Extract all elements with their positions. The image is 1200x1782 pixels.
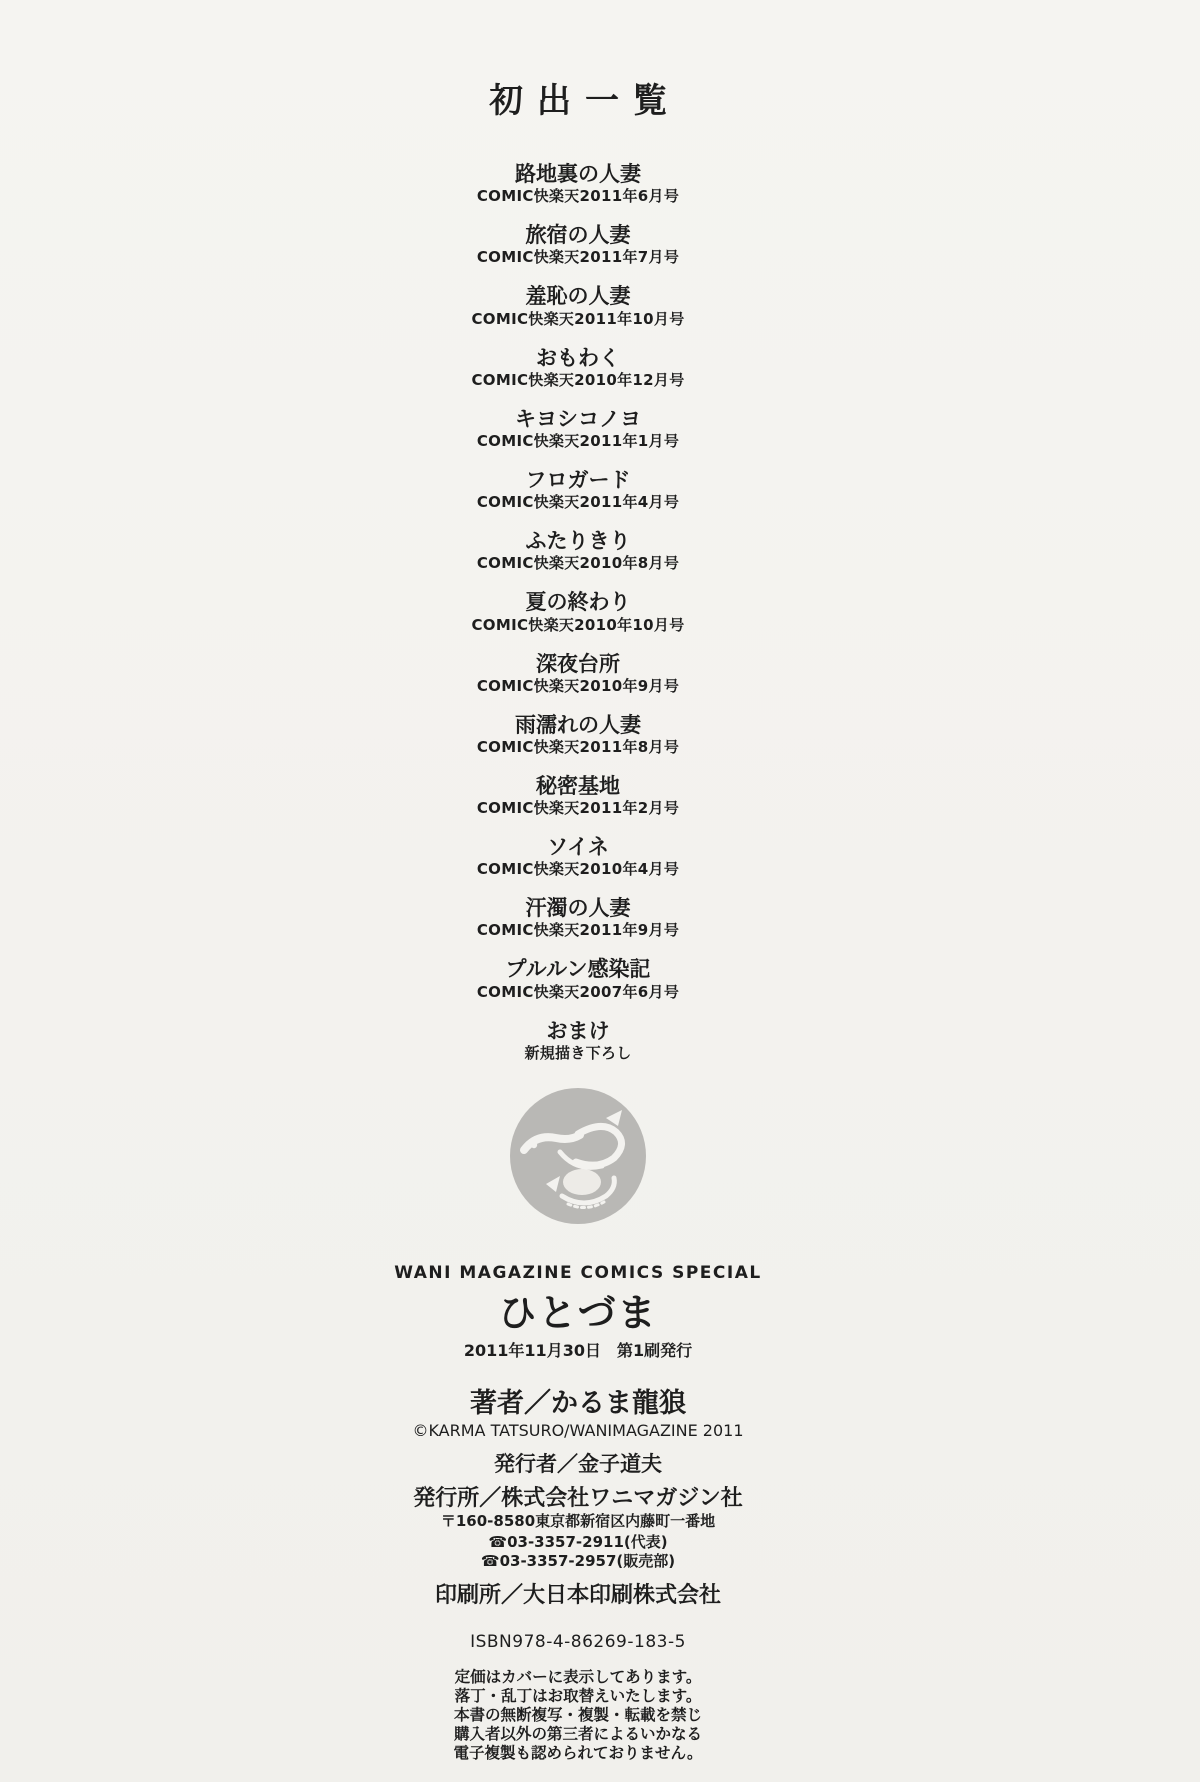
entry-source: COMIC快楽天2010年8月号 <box>0 554 1156 572</box>
list-item: 夏の終わり COMIC快楽天2010年10月号 <box>0 590 1156 633</box>
list-item: おもわく COMIC快楽天2010年12月号 <box>0 346 1156 389</box>
entry-source: COMIC快楽天2011年1月号 <box>0 432 1156 450</box>
entry-title: キヨシコノヨ <box>0 407 1156 432</box>
crocodile-logo-icon <box>510 1088 646 1224</box>
publisher-address: 〒160-8580東京都新宿区内藤町一番地 <box>0 1512 1156 1532</box>
entry-title: 旅宿の人妻 <box>0 223 1156 248</box>
list-item: おまけ 新規描き下ろし <box>0 1019 1156 1062</box>
entry-title: 汗濁の人妻 <box>0 896 1156 921</box>
phone-main: ☎03-3357-2911(代表) <box>0 1534 1156 1551</box>
notice-line: 定価はカバーに表示してあります。 <box>0 1668 1156 1687</box>
entry-title: おまけ <box>0 1019 1156 1044</box>
entry-source: COMIC快楽天2011年6月号 <box>0 187 1156 205</box>
entry-title: フロガード <box>0 468 1156 493</box>
entry-title: 深夜台所 <box>0 652 1156 677</box>
list-item: 雨濡れの人妻 COMIC快楽天2011年8月号 <box>0 713 1156 756</box>
entry-title: おもわく <box>0 346 1156 371</box>
notice-line: 本書の無断複写・複製・転載を禁じ <box>0 1706 1156 1725</box>
entry-title: ソイネ <box>0 835 1156 860</box>
isbn: ISBN978-4-86269-183-5 <box>0 1632 1156 1652</box>
entry-source: COMIC快楽天2011年4月号 <box>0 493 1156 511</box>
print-date: 2011年11月30日 第1刷発行 <box>0 1341 1156 1360</box>
list-item: ふたりきり COMIC快楽天2010年8月号 <box>0 529 1156 572</box>
list-item: 旅宿の人妻 COMIC快楽天2011年7月号 <box>0 223 1156 266</box>
printer-line: 印刷所／大日本印刷株式会社 <box>0 1582 1156 1610</box>
entry-source: COMIC快楽天2011年9月号 <box>0 921 1156 939</box>
list-item: 羞恥の人妻 COMIC快楽天2011年10月号 <box>0 284 1156 327</box>
entry-title: 雨濡れの人妻 <box>0 713 1156 738</box>
author-credit: 著者／かるま龍狼 <box>0 1388 1156 1420</box>
notice-line: 電子複製も認められておりません。 <box>0 1744 1156 1763</box>
list-item: フロガード COMIC快楽天2011年4月号 <box>0 468 1156 511</box>
entry-title: 夏の終わり <box>0 590 1156 615</box>
colophon-page: 初出一覧 路地裏の人妻 COMIC快楽天2011年6月号 旅宿の人妻 COMIC… <box>0 0 1200 1782</box>
list-item: 路地裏の人妻 COMIC快楽天2011年6月号 <box>0 162 1156 205</box>
entry-source: COMIC快楽天2011年10月号 <box>0 310 1156 328</box>
publisher-person: 発行者／金子道夫 <box>0 1451 1156 1477</box>
book-title: ひとづま <box>0 1293 1156 1335</box>
page-title: 初出一覧 <box>0 84 1156 118</box>
entry-source: COMIC快楽天2007年6月号 <box>0 983 1156 1001</box>
notice-line: 購入者以外の第三者によるいかなる <box>0 1725 1156 1744</box>
imprint-label: WANI MAGAZINE COMICS SPECIAL <box>0 1263 1156 1283</box>
list-item: 汗濁の人妻 COMIC快楽天2011年9月号 <box>0 896 1156 939</box>
legal-notice: 定価はカバーに表示してあります。 落丁・乱丁はお取替えいたします。 本書の無断複… <box>0 1668 1156 1763</box>
entry-source: COMIC快楽天2011年2月号 <box>0 799 1156 817</box>
list-item: 深夜台所 COMIC快楽天2010年9月号 <box>0 652 1156 695</box>
entry-source: COMIC快楽天2010年9月号 <box>0 677 1156 695</box>
list-item: キヨシコノヨ COMIC快楽天2011年1月号 <box>0 407 1156 450</box>
entry-title: プルルン感染記 <box>0 957 1156 982</box>
entry-title: 路地裏の人妻 <box>0 162 1156 187</box>
list-item: プルルン感染記 COMIC快楽天2007年6月号 <box>0 957 1156 1000</box>
phone-sales: ☎03-3357-2957(販売部) <box>0 1553 1156 1570</box>
list-item: 秘密基地 COMIC快楽天2011年2月号 <box>0 774 1156 817</box>
entry-source: COMIC快楽天2011年8月号 <box>0 738 1156 756</box>
publication-list: 路地裏の人妻 COMIC快楽天2011年6月号 旅宿の人妻 COMIC快楽天20… <box>0 162 1156 1062</box>
entry-source: 新規描き下ろし <box>0 1044 1156 1062</box>
entry-source: COMIC快楽天2010年10月号 <box>0 616 1156 634</box>
notice-line: 落丁・乱丁はお取替えいたします。 <box>0 1687 1156 1706</box>
entry-title: 秘密基地 <box>0 774 1156 799</box>
entry-source: COMIC快楽天2010年4月号 <box>0 860 1156 878</box>
entry-title: ふたりきり <box>0 529 1156 554</box>
list-item: ソイネ COMIC快楽天2010年4月号 <box>0 835 1156 878</box>
content-column: 初出一覧 路地裏の人妻 COMIC快楽天2011年6月号 旅宿の人妻 COMIC… <box>0 0 1156 1763</box>
entry-source: COMIC快楽天2010年12月号 <box>0 371 1156 389</box>
copyright-line: ©KARMA TATSURO/WANIMAGAZINE 2011 <box>0 1421 1156 1441</box>
publisher-logo <box>510 1088 646 1224</box>
entry-source: COMIC快楽天2011年7月号 <box>0 248 1156 266</box>
entry-title: 羞恥の人妻 <box>0 284 1156 309</box>
publisher-company: 発行所／株式会社ワニマガジン社 <box>0 1485 1156 1513</box>
